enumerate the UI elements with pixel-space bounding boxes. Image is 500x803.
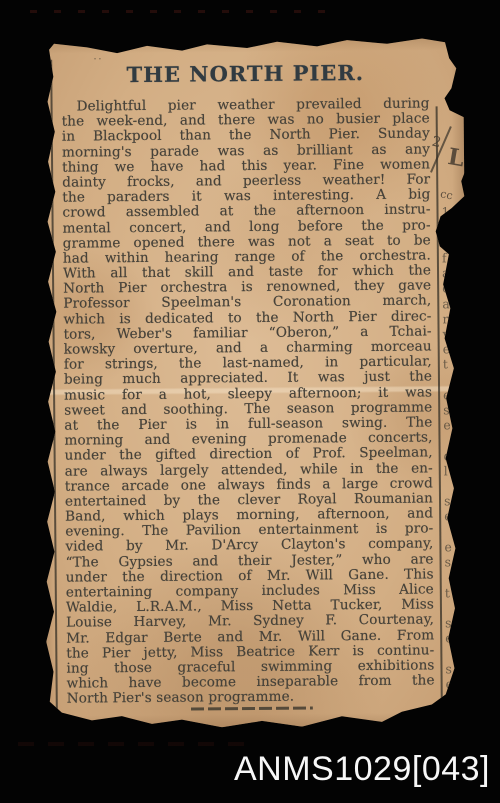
archive-reference-label: ANMS1029[043] (234, 750, 490, 789)
newspaper-clipping: .. THE NORTH PIER. Delightful pier weath… (35, 36, 469, 732)
article-line: North Pier's season programme. (67, 689, 435, 707)
film-speck-row-top (30, 10, 330, 13)
article-headline: THE NORTH PIER. (61, 59, 429, 87)
article-end-rule (191, 706, 313, 710)
headline-lead-marks: .. (93, 48, 103, 62)
article-body: Delightful pier weather prevailed during… (62, 96, 435, 707)
torn-flap-fragment: o( (443, 207, 457, 222)
film-speck-row-bottom (18, 742, 253, 746)
torn-flap-fragment: cc (439, 187, 454, 202)
torn-flap-fragment: L (446, 143, 466, 172)
column-rule-left (50, 60, 57, 710)
